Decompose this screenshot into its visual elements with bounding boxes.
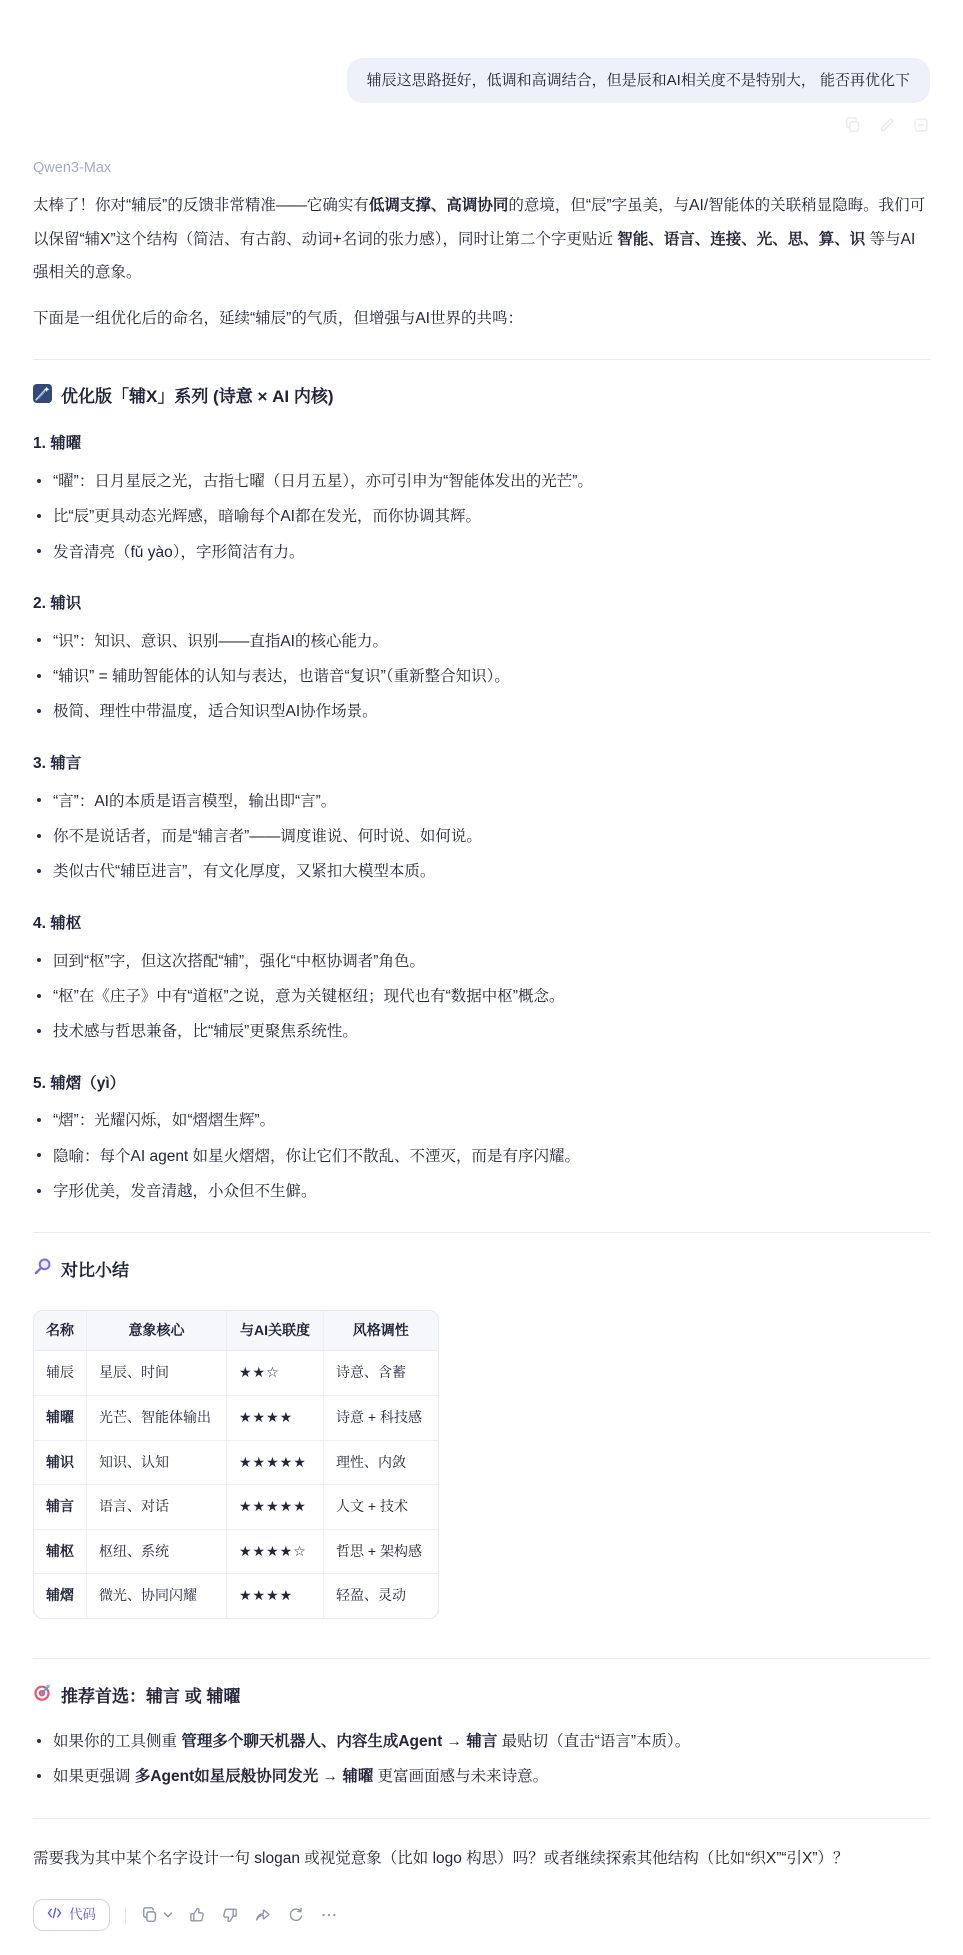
shooting-star-emoji (33, 384, 52, 411)
cell-style: 理性、内敛 (324, 1440, 438, 1485)
item-bullets-1: “曜”：日月星辰之光，古指七曜（日月五星），亦可引申为“智能体发出的光芒”。 比… (33, 464, 930, 570)
intro-bold-1: 低调支撑、高调协同 (369, 197, 509, 214)
recommendation-bullets: 如果你的工具侧重 管理多个聊天机器人、内容生成Agent → 辅言 最贴切（直击… (33, 1724, 930, 1795)
user-select-icon[interactable] (912, 116, 930, 134)
comparison-table-wrap: 名称 意象核心 与AI关联度 风格调性 辅辰 星辰、时间 ★★☆ 诗意、含蓄 辅… (33, 1310, 439, 1619)
table-row: 辅言 语言、对话 ★★★★★ 人文 + 技术 (34, 1485, 438, 1530)
intro-paragraph: 太棒了！你对“辅辰”的反馈非常精准——它确实有低调支撑、高调协同的意境，但“辰”… (33, 189, 930, 289)
divider (33, 1232, 930, 1233)
col-header-core: 意象核心 (87, 1311, 227, 1351)
rec-arrow: → (318, 1768, 342, 1785)
item-bullets-5: “熠”：光耀闪烁，如“熠熠生辉”。 隐喻：每个AI agent 如星火熠熠，你让… (33, 1103, 930, 1209)
table-row: 辅枢 枢纽、系统 ★★★★☆ 哲思 + 架构感 (34, 1529, 438, 1574)
bullet: 类似古代“辅臣进言”，有文化厚度，又紧扣大模型本质。 (33, 854, 930, 889)
toolbar-divider (125, 1907, 126, 1924)
user-message-actions (844, 116, 930, 134)
bullet: “辅识” = 辅助智能体的认知与表达，也谐音“复识”（重新整合知识）。 (33, 659, 930, 694)
bullet: 比“辰”更具动态光辉感，暗喻每个AI都在发光，而你协调其辉。 (33, 499, 930, 534)
model-name-label: Qwen3-Max (33, 160, 930, 176)
cell-name: 辅熠 (34, 1574, 87, 1618)
cell-core: 光芒、智能体输出 (87, 1396, 227, 1441)
magnifier-emoji (33, 1257, 52, 1284)
cell-style: 诗意、含蓄 (324, 1351, 438, 1396)
thumbs-down-icon[interactable] (221, 1906, 239, 1924)
cell-style: 人文 + 技术 (324, 1485, 438, 1530)
code-button-label: 代码 (69, 1906, 96, 1924)
regenerate-icon[interactable] (287, 1906, 305, 1924)
message-toolbar: 代码 (33, 1899, 930, 1932)
rec-arrow: → (442, 1733, 466, 1750)
rec-bold: 管理多个聊天机器人、内容生成Agent (181, 1733, 442, 1750)
bullet: 回到“枢”字，但这次搭配“辅”，强化“中枢协调者”角色。 (33, 944, 930, 979)
col-header-style: 风格调性 (324, 1311, 438, 1351)
item-title-3: 3. 辅言 (33, 750, 930, 778)
chevron-down-icon[interactable] (163, 1910, 173, 1920)
cell-name: 辅辰 (34, 1351, 87, 1396)
user-edit-icon[interactable] (878, 116, 896, 134)
code-icon (47, 1906, 62, 1925)
bullet: “熠”：光耀闪烁，如“熠熠生辉”。 (33, 1103, 930, 1138)
cell-name: 辅曜 (34, 1396, 87, 1441)
closing-paragraph: 需要我为其中某个名字设计一句 slogan 或视觉意象（比如 logo 构思）吗… (33, 1842, 930, 1875)
share-icon[interactable] (254, 1906, 272, 1924)
table-row: 辅曜 光芒、智能体输出 ★★★★ 诗意 + 科技感 (34, 1396, 438, 1441)
recommendation-heading-text: 推荐首选：辅言 或 辅曜 (61, 1684, 240, 1710)
copy-dropdown-group (141, 1906, 173, 1924)
cell-relevance: ★★★★★ (227, 1485, 324, 1530)
cell-name: 辅识 (34, 1440, 87, 1485)
copy-icon[interactable] (141, 1906, 159, 1924)
cell-core: 知识、认知 (87, 1440, 227, 1485)
rec-text-2: 最贴切（直击“语言”本质）。 (497, 1733, 690, 1750)
item-title-4: 4. 辅枢 (33, 910, 930, 938)
cell-style: 轻盈、灵动 (324, 1574, 438, 1618)
bullet: 极简、理性中带温度，适合知识型AI协作场景。 (33, 694, 930, 729)
rec-bold: 多Agent如星辰般协同发光 (135, 1768, 318, 1785)
lead-in-paragraph: 下面是一组优化后的命名，延续“辅辰”的气质，但增强与AI世界的共鸣： (33, 302, 930, 335)
item-bullets-2: “识”：知识、意识、识别——直指AI的核心能力。 “辅识” = 辅助智能体的认知… (33, 624, 930, 730)
bullet: 字形优美，发音清越，小众但不生僻。 (33, 1174, 930, 1209)
cell-core: 星辰、时间 (87, 1351, 227, 1396)
thumbs-up-icon[interactable] (188, 1906, 206, 1924)
user-message-bubble: 辅辰这思路挺好，低调和高调结合，但是辰和AI相关度不是特别大， 能否再优化下 (347, 58, 930, 103)
table-header-row: 名称 意象核心 与AI关联度 风格调性 (34, 1311, 438, 1351)
cell-relevance: ★★★★☆ (227, 1529, 324, 1574)
assistant-message: 太棒了！你对“辅辰”的反馈非常精准——它确实有低调支撑、高调协同的意境，但“辰”… (33, 189, 930, 1931)
cell-relevance: ★★☆ (227, 1351, 324, 1396)
bullet: “识”：知识、意识、识别——直指AI的核心能力。 (33, 624, 930, 659)
recommendation-heading: 推荐首选：辅言 或 辅曜 (33, 1683, 930, 1710)
comparison-heading-text: 对比小结 (61, 1258, 129, 1284)
cell-relevance: ★★★★★ (227, 1440, 324, 1485)
code-button[interactable]: 代码 (33, 1899, 110, 1932)
cell-relevance: ★★★★ (227, 1574, 324, 1618)
item-title-1: 1. 辅曜 (33, 430, 930, 458)
cell-core: 枢纽、系统 (87, 1529, 227, 1574)
item-bullets-3: “言”：AI的本质是语言模型，输出即“言”。 你不是说话者，而是“辅言者”——调… (33, 784, 930, 890)
divider (33, 1658, 930, 1659)
user-copy-icon[interactable] (844, 116, 862, 134)
user-message-text: 辅辰这思路挺好，低调和高调结合，但是辰和AI相关度不是特别大， 能否再优化下 (367, 72, 910, 89)
more-icon[interactable] (320, 1906, 338, 1924)
rec-text: 如果你的工具侧重 (53, 1733, 181, 1750)
cell-core: 微光、协同闪耀 (87, 1574, 227, 1618)
bullet: 技术感与哲思兼备，比“辅辰”更聚焦系统性。 (33, 1014, 930, 1049)
rec-text: 如果更强调 (53, 1768, 135, 1785)
cell-style: 哲思 + 架构感 (324, 1529, 438, 1574)
bullet: 如果你的工具侧重 管理多个聊天机器人、内容生成Agent → 辅言 最贴切（直击… (33, 1724, 930, 1759)
chat-page: 辅辰这思路挺好，低调和高调结合，但是辰和AI相关度不是特别大， 能否再优化下 Q… (0, 0, 963, 1955)
rec-bold-name: 辅言 (466, 1733, 497, 1750)
table-row: 辅识 知识、认知 ★★★★★ 理性、内敛 (34, 1440, 438, 1485)
bullet: 隐喻：每个AI agent 如星火熠熠，你让它们不散乱、不湮灭，而是有序闪耀。 (33, 1139, 930, 1174)
bullet: “枢”在《庄子》中有“道枢”之说，意为关键枢纽；现代也有“数据中枢”概念。 (33, 979, 930, 1014)
comparison-heading: 对比小结 (33, 1257, 930, 1284)
col-header-name: 名称 (34, 1311, 87, 1351)
intro-bold-2: 智能、语言、连接、光、思、算、识 (617, 231, 865, 248)
user-message-row: 辅辰这思路挺好，低调和高调结合，但是辰和AI相关度不是特别大， 能否再优化下 (33, 58, 930, 134)
series-heading: 优化版「辅X」系列 (诗意 × AI 内核) (33, 384, 930, 411)
bullet: “言”：AI的本质是语言模型，输出即“言”。 (33, 784, 930, 819)
cell-core: 语言、对话 (87, 1485, 227, 1530)
bullet: 你不是说话者，而是“辅言者”——调度谁说、何时说、如何说。 (33, 819, 930, 854)
dart-target-emoji (33, 1683, 52, 1710)
cell-style: 诗意 + 科技感 (324, 1396, 438, 1441)
bullet: “曜”：日月星辰之光，古指七曜（日月五星），亦可引申为“智能体发出的光芒”。 (33, 464, 930, 499)
bullet: 如果更强调 多Agent如星辰般协同发光 → 辅曜 更富画面感与未来诗意。 (33, 1759, 930, 1794)
item-title-5: 5. 辅熠（yì） (33, 1070, 930, 1098)
series-heading-text: 优化版「辅X」系列 (诗意 × AI 内核) (61, 384, 333, 410)
divider (33, 359, 930, 360)
cell-relevance: ★★★★ (227, 1396, 324, 1441)
rec-text-2: 更富画面感与未来诗意。 (373, 1768, 548, 1785)
cell-name: 辅枢 (34, 1529, 87, 1574)
item-title-2: 2. 辅识 (33, 590, 930, 618)
cell-name: 辅言 (34, 1485, 87, 1530)
bullet: 发音清亮（fǔ yào），字形简洁有力。 (33, 535, 930, 570)
col-header-relevance: 与AI关联度 (227, 1311, 324, 1351)
table-row: 辅辰 星辰、时间 ★★☆ 诗意、含蓄 (34, 1351, 438, 1396)
item-bullets-4: 回到“枢”字，但这次搭配“辅”，强化“中枢协调者”角色。 “枢”在《庄子》中有“… (33, 944, 930, 1050)
intro-text: 太棒了！你对“辅辰”的反馈非常精准——它确实有 (33, 197, 369, 214)
table-row: 辅熠 微光、协同闪耀 ★★★★ 轻盈、灵动 (34, 1574, 438, 1618)
comparison-table: 名称 意象核心 与AI关联度 风格调性 辅辰 星辰、时间 ★★☆ 诗意、含蓄 辅… (34, 1311, 438, 1618)
rec-bold-name: 辅曜 (342, 1768, 373, 1785)
divider (33, 1818, 930, 1819)
